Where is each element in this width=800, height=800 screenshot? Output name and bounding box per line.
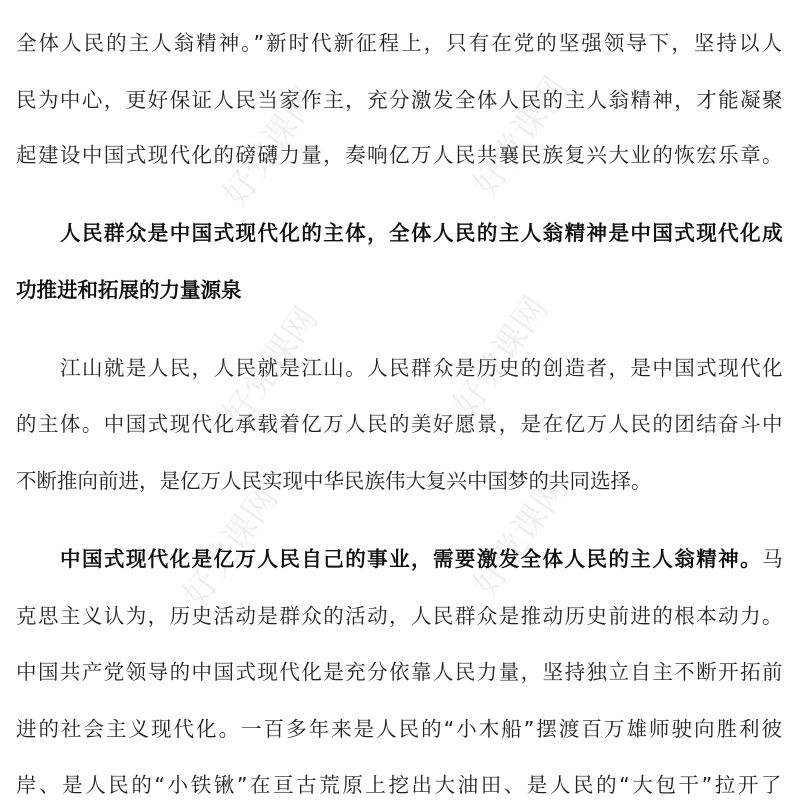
text-line: 进的社会主义现代化。一百多年来是人民的“小木船”摆渡百万雄师驶向胜利彼 — [16, 717, 784, 741]
text-line: 民为中心，更好保证人民当家作主，充分激发全体人民的主人翁精神，才能凝聚 — [16, 88, 784, 112]
text-line: 的主体。中国式现代化承载着亿万人民的美好愿景，是在亿万人民的团结奋斗中 — [16, 412, 784, 436]
line-text: 全体人民的主人翁精神。”新时代新征程上，只有在党的坚强领导下，坚持以人 — [16, 31, 784, 55]
heading-line: 人民群众是中国式现代化的主体，全体人民的主人翁精神是中国式现代化成 — [60, 221, 784, 245]
line-text: 的主体。中国式现代化承载着亿万人民的美好愿景，是在亿万人民的团结奋斗中 — [16, 412, 784, 436]
heading-line: 功推进和拓展的力量源泉 — [16, 278, 242, 302]
text-line: 江山就是人民，人民就是江山。人民群众是历史的创造者，是中国式现代化 — [60, 356, 784, 380]
watermark: 好党课网 — [459, 65, 577, 205]
line-text: 中国共产党领导的中国式现代化是充分依靠人民力量，坚持独立自主不断开拓前 — [16, 660, 784, 684]
line-text: 中国式现代化是亿万人民自己的事业，需要激发全体人民的主人翁精神。 — [60, 547, 762, 571]
text-line: 全体人民的主人翁精神。”新时代新征程上，只有在党的坚强领导下，坚持以人 — [16, 31, 784, 55]
text-line: 中国共产党领导的中国式现代化是充分依靠人民力量，坚持独立自主不断开拓前 — [16, 660, 784, 684]
text-line: 岸、是人民的“小铁锹”在亘古荒原上挖出大油田、是人民的“大包干”拉开了 — [16, 773, 784, 797]
line-text: 起建设中国式现代化的磅礴力量，奏响亿万人民共襄民族复兴大业的恢宏乐章。 — [16, 143, 784, 167]
line-text: 功推进和拓展的力量源泉 — [16, 278, 242, 302]
text-line: 克思主义认为，历史活动是群众的活动，人民群众是推动历史前进的根本动力。 — [16, 604, 784, 628]
line-text: 民为中心，更好保证人民当家作主，充分激发全体人民的主人翁精神，才能凝聚 — [16, 88, 784, 112]
watermark: 好党课网 — [439, 285, 557, 425]
text-line: 起建设中国式现代化的磅礴力量，奏响亿万人民共襄民族复兴大业的恢宏乐章。 — [16, 143, 784, 167]
line-tail: 马 — [762, 547, 784, 571]
heading-line: 中国式现代化是亿万人民自己的事业，需要激发全体人民的主人翁精神。马 — [60, 547, 784, 571]
line-text: 人民群众是中国式现代化的主体，全体人民的主人翁精神是中国式现代化成 — [60, 221, 784, 245]
line-text: 克思主义认为，历史活动是群众的活动，人民群众是推动历史前进的根本动力。 — [16, 604, 784, 628]
line-text: 进的社会主义现代化。一百多年来是人民的“小木船”摆渡百万雄师驶向胜利彼 — [16, 717, 784, 741]
line-text: 不断推向前进，是亿万人民实现中华民族伟大复兴中国梦的共同选择。 — [16, 469, 652, 493]
line-text: 岸、是人民的“小铁锹”在亘古荒原上挖出大油田、是人民的“大包干”拉开了 — [16, 773, 784, 797]
text-line: 不断推向前进，是亿万人民实现中华民族伟大复兴中国梦的共同选择。 — [16, 469, 652, 493]
line-text: 江山就是人民，人民就是江山。人民群众是历史的创造者，是中国式现代化 — [60, 356, 784, 380]
watermark: 好党课网 — [169, 475, 287, 615]
